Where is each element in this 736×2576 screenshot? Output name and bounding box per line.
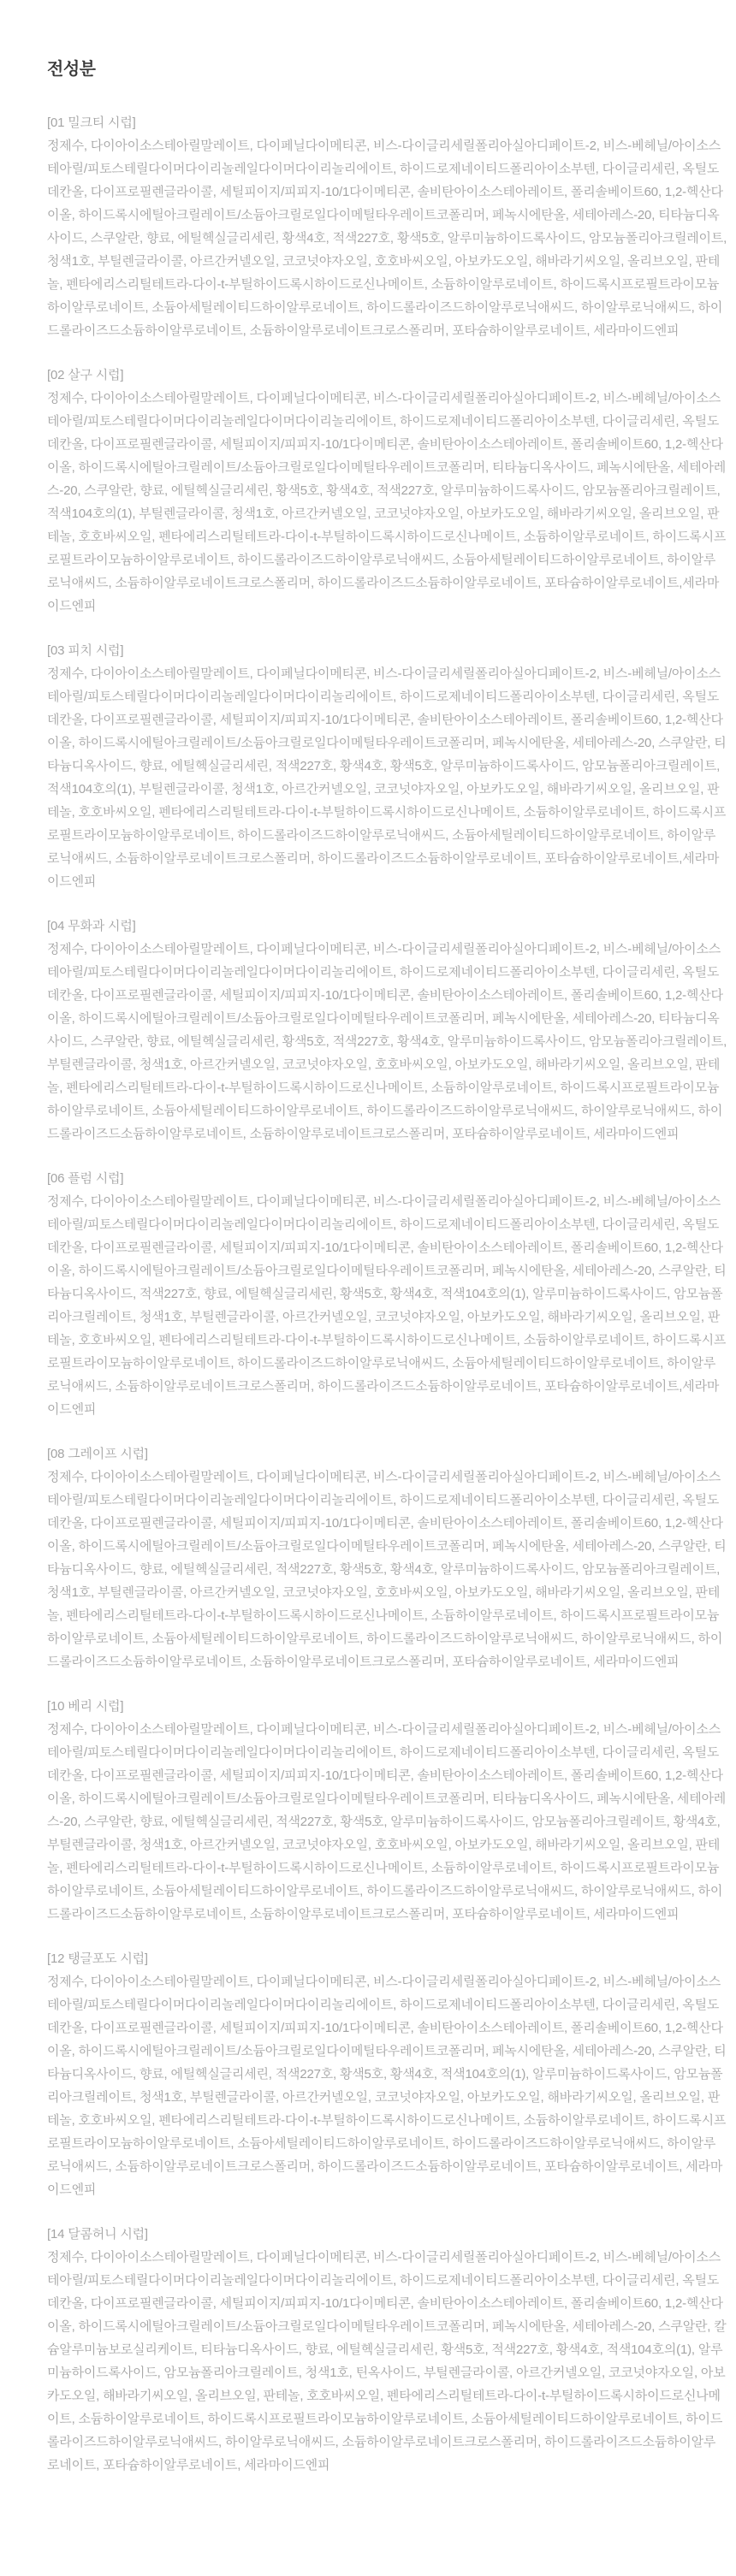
ingredient-section-01-milk-tea: [01 밀크티 시럽] 정제수, 다이아이소스테아릴말레이트, 다이페닐다이메티… — [47, 111, 727, 342]
ingredient-section-12-tangle-grape: [12 탱글포도 시럽] 정제수, 다이아이소스테아릴말레이트, 다이페닐다이메… — [47, 1947, 727, 2201]
ingredient-list: 정제수, 다이아이소스테아릴말레이트, 다이페닐다이메티콘, 비스-다이글리세릴… — [47, 938, 727, 1146]
ingredient-list: 정제수, 다이아이소스테아릴말레이트, 다이페닐다이메티콘, 비스-다이글리세릴… — [47, 387, 727, 618]
ingredient-section-02-apricot: [02 살구 시럽] 정제수, 다이아이소스테아릴말레이트, 다이페닐다이메티콘… — [47, 364, 727, 618]
ingredient-section-08-grape: [08 그레이프 시럽] 정제수, 다이아이소스테아릴말레이트, 다이페닐다이메… — [47, 1442, 727, 1673]
section-label: [14 달콤허니 시럽] — [47, 2223, 727, 2246]
ingredient-list: 정제수, 다이아이소스테아릴말레이트, 다이페닐다이메티콘, 비스-다이글리세릴… — [47, 2246, 727, 2477]
ingredient-section-04-fig: [04 무화과 시럽] 정제수, 다이아이소스테아릴말레이트, 다이페닐다이메티… — [47, 915, 727, 1146]
ingredient-section-06-plum: [06 플럼 시럽] 정제수, 다이아이소스테아릴말레이트, 다이페닐다이메티콘… — [47, 1167, 727, 1421]
section-label: [02 살구 시럽] — [47, 364, 727, 387]
section-label: [06 플럼 시럽] — [47, 1167, 727, 1190]
ingredient-list: 정제수, 다이아이소스테아릴말레이트, 다이페닐다이메티콘, 비스-다이글리세릴… — [47, 1718, 727, 1926]
ingredient-list: 정제수, 다이아이소스테아릴말레이트, 다이페닐다이메티콘, 비스-다이글리세릴… — [47, 1466, 727, 1673]
section-label: [08 그레이프 시럽] — [47, 1442, 727, 1466]
section-label: [01 밀크티 시럽] — [47, 111, 727, 134]
section-label: [04 무화과 시럽] — [47, 915, 727, 938]
page-title: 전성분 — [47, 59, 727, 80]
section-label: [03 피치 시럽] — [47, 639, 727, 662]
ingredients-page: { "page": { "title": "전성분", "sections": … — [0, 0, 736, 2576]
ingredient-list: 정제수, 다이아이소스테아릴말레이트, 다이페닐다이메티콘, 비스-다이글리세릴… — [47, 1970, 727, 2201]
ingredient-section-10-berry: [10 베리 시럽] 정제수, 다이아이소스테아릴말레이트, 다이페닐다이메티콘… — [47, 1695, 727, 1926]
ingredient-section-14-sweet-honey: [14 달콤허니 시럽] 정제수, 다이아이소스테아릴말레이트, 다이페닐다이메… — [47, 2223, 727, 2477]
ingredient-section-03-peach: [03 피치 시럽] 정제수, 다이아이소스테아릴말레이트, 다이페닐다이메티콘… — [47, 639, 727, 893]
ingredient-list: 정제수, 다이아이소스테아릴말레이트, 다이페닐다이메티콘, 비스-다이글리세릴… — [47, 1190, 727, 1421]
ingredient-list: 정제수, 다이아이소스테아릴말레이트, 다이페닐다이메티콘, 비스-다이글리세릴… — [47, 134, 727, 342]
ingredients-content: 전성분 [01 밀크티 시럽] 정제수, 다이아이소스테아릴말레이트, 다이페닐… — [0, 0, 736, 2567]
section-label: [10 베리 시럽] — [47, 1695, 727, 1718]
ingredient-list: 정제수, 다이아이소스테아릴말레이트, 다이페닐다이메티콘, 비스-다이글리세릴… — [47, 662, 727, 893]
section-label: [12 탱글포도 시럽] — [47, 1947, 727, 1970]
